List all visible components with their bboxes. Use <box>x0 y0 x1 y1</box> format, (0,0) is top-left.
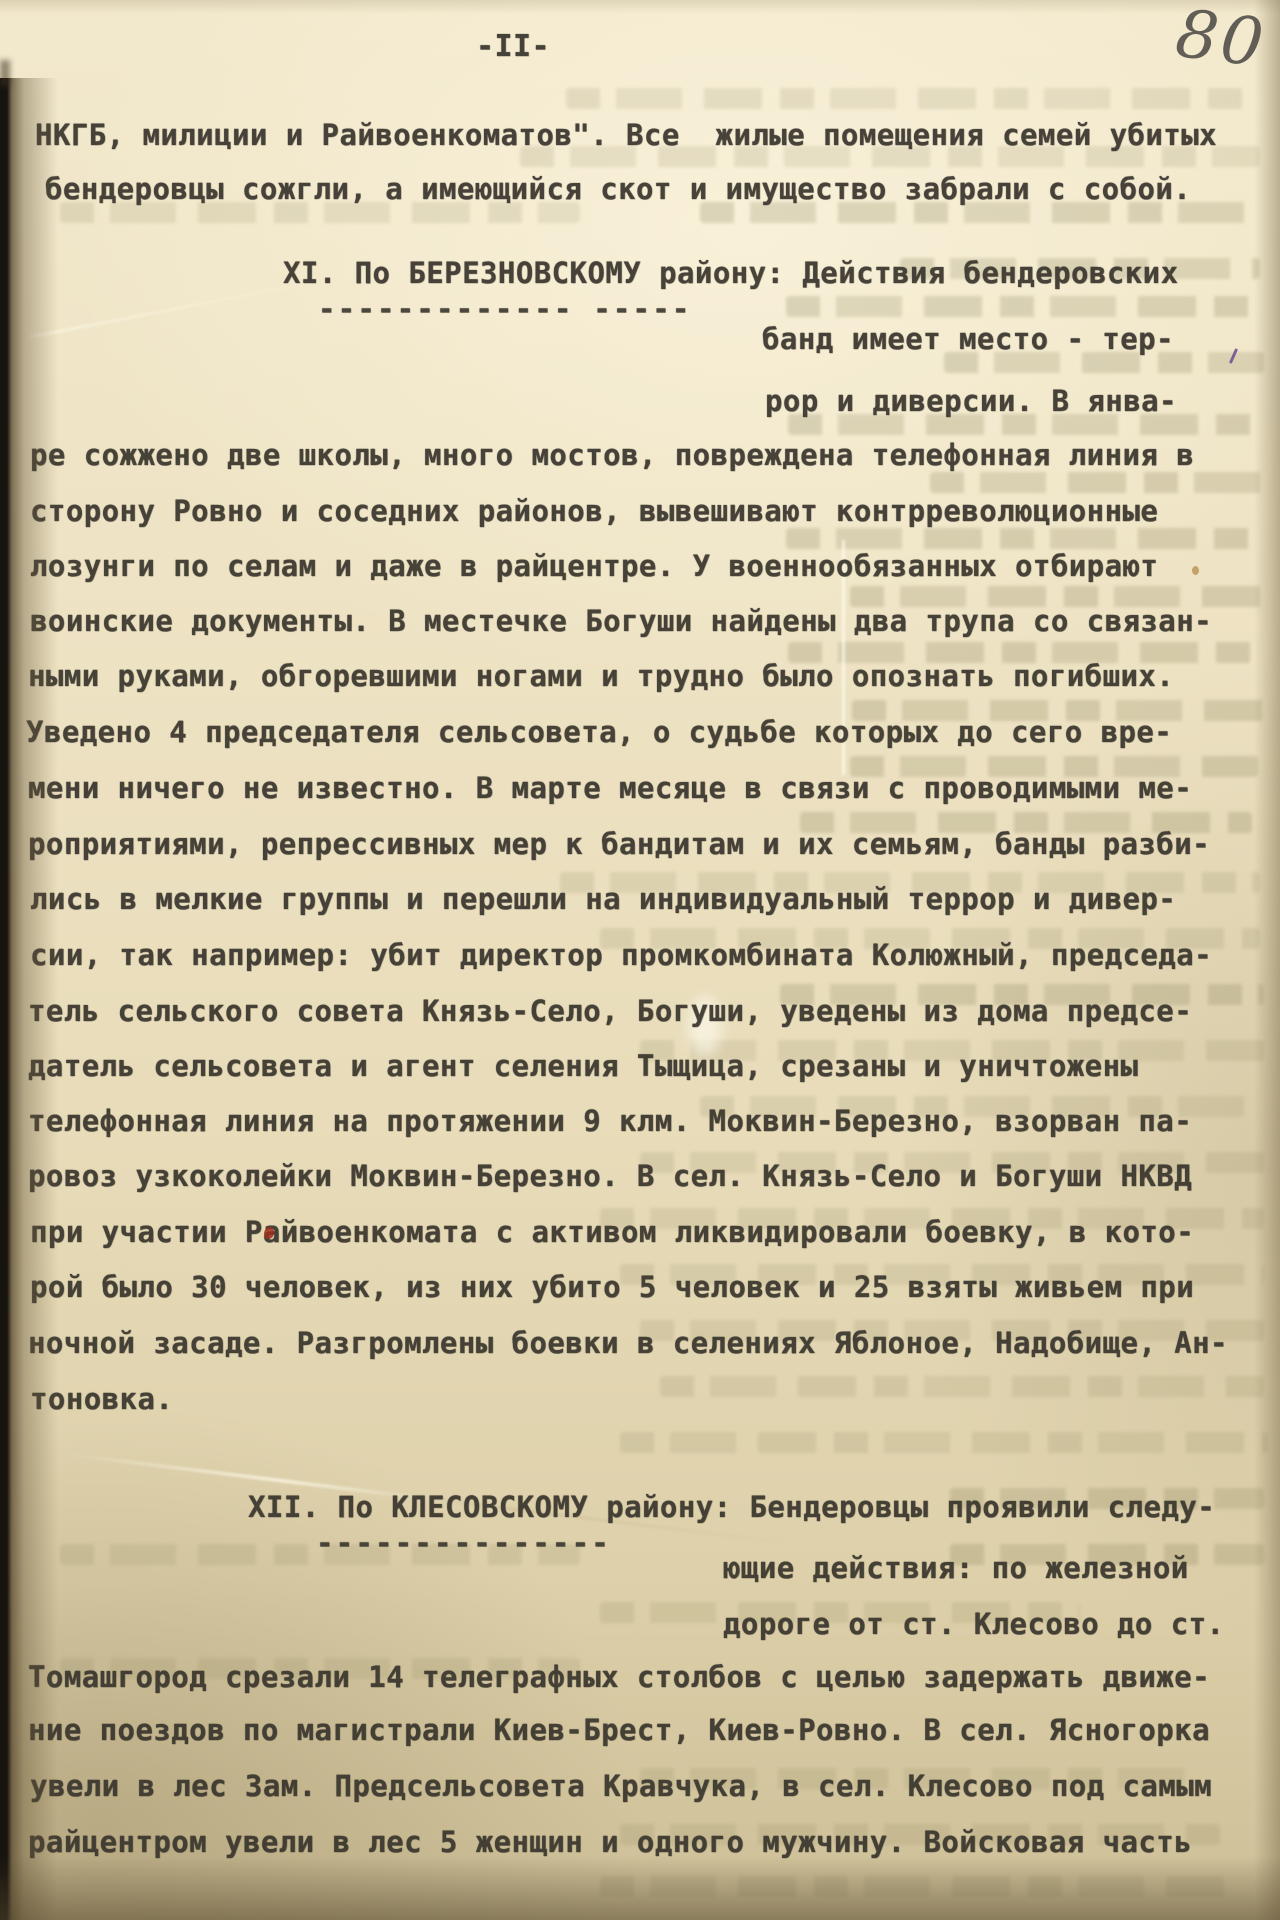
section-xi-line: воинские документы. В местечке Богуши на… <box>30 604 1212 638</box>
bleedthrough-text <box>660 1376 1264 1397</box>
section-xi-line: рой было 30 человек, из них убито 5 чело… <box>30 1270 1194 1304</box>
section-xi-heading-underline: ------------- ----- <box>318 292 692 326</box>
bleedthrough-text <box>600 1876 1240 1897</box>
section-xii-heading-underline: --------------- <box>316 1526 611 1560</box>
section-xi-line: сторону Ровно и соседних районов, вывеши… <box>30 494 1158 528</box>
section-xi-line: мени ничего не известно. В марте месяце … <box>28 771 1192 805</box>
paper-crease <box>30 279 325 338</box>
scan-edge-left-top <box>0 60 10 86</box>
section-xi-line: датель сельсовета и агент селения Тыщица… <box>28 1049 1138 1083</box>
section-xii-line: ние поездов по магистрали Киев-Брест, Ки… <box>28 1713 1210 1747</box>
intro-line: НКГБ, милиции и Райвоенкоматов". Все жил… <box>35 118 1217 152</box>
section-xi-heading: XI. По БЕРЕЗНОВСКОМУ району: Действия бе… <box>283 256 1178 290</box>
handwritten-folio-number: 80 <box>1172 0 1271 82</box>
ochre-speck <box>1192 566 1199 575</box>
bleedthrough-text <box>620 1432 1268 1453</box>
section-xii-line: увели в лес Зам. Предсельсовета Кравчука… <box>30 1769 1212 1803</box>
section-xii-line: ющие действия: по железной <box>723 1551 1189 1585</box>
scan-edge-top <box>0 0 1280 14</box>
section-xi-line: рор и диверсии. В янва- <box>765 384 1177 418</box>
section-xi-line: банд имеет место - тер- <box>762 322 1174 356</box>
section-xi-line: роприятиями, репрессивных мер к бандитам… <box>28 827 1210 861</box>
section-xii-line: райцентром увели в лес 5 женщин и одного… <box>28 1825 1192 1859</box>
scanned-document-page: -II- 80 НКГБ, милиции и Райвоенкоматов".… <box>0 0 1280 1920</box>
purple-pen-mark <box>1229 348 1238 364</box>
bleedthrough-text <box>786 296 1256 317</box>
section-xii-heading: XII. По КЛЕСОВСКОМУ району: Бендеровцы п… <box>248 1490 1215 1524</box>
section-xi-line: телефонная линия на протяжении 9 клм. Мо… <box>28 1104 1192 1138</box>
section-xi-line: тель сельского совета Князь-Село, Богуши… <box>28 994 1192 1028</box>
section-xi-line: ночной засаде. Разгромлены боевки в селе… <box>28 1326 1228 1360</box>
section-xi-line: сии, так например: убит директор промком… <box>30 938 1212 972</box>
scan-edge-bottom <box>0 1856 1280 1920</box>
section-xii-line: Томашгород срезали 14 телеграфных столбо… <box>28 1660 1210 1694</box>
section-xi-line: при участии Райвоенкомата с активом ликв… <box>30 1215 1194 1249</box>
section-xi-line: Уведено 4 председателя сельсовета, о суд… <box>26 715 1172 749</box>
bleedthrough-text <box>930 472 1264 493</box>
bleedthrough-text <box>566 88 1256 109</box>
section-xi-line: лозунги по селам и даже в райцентре. У в… <box>30 549 1158 583</box>
section-xi-line: тоновка. <box>30 1382 173 1416</box>
scan-edge-right <box>1254 0 1280 1920</box>
section-xi-line: ровоз узкоколейки Моквин-Березно. В сел.… <box>28 1159 1192 1193</box>
bleedthrough-text <box>786 528 1264 549</box>
section-xi-line: ными руками, обгоревшими ногами и трудно… <box>28 659 1174 693</box>
section-xi-line: лись в мелкие группы и перешли на индиви… <box>30 882 1176 916</box>
section-xii-line: дороге от ст. Клесово до ст. <box>723 1607 1224 1641</box>
typed-page-number: -II- <box>476 30 550 64</box>
section-xi-line: ре сожжено две школы, много мостов, повр… <box>30 438 1194 472</box>
intro-line: бендеровцы сожгли, а имеющийся скот и им… <box>45 172 1191 206</box>
